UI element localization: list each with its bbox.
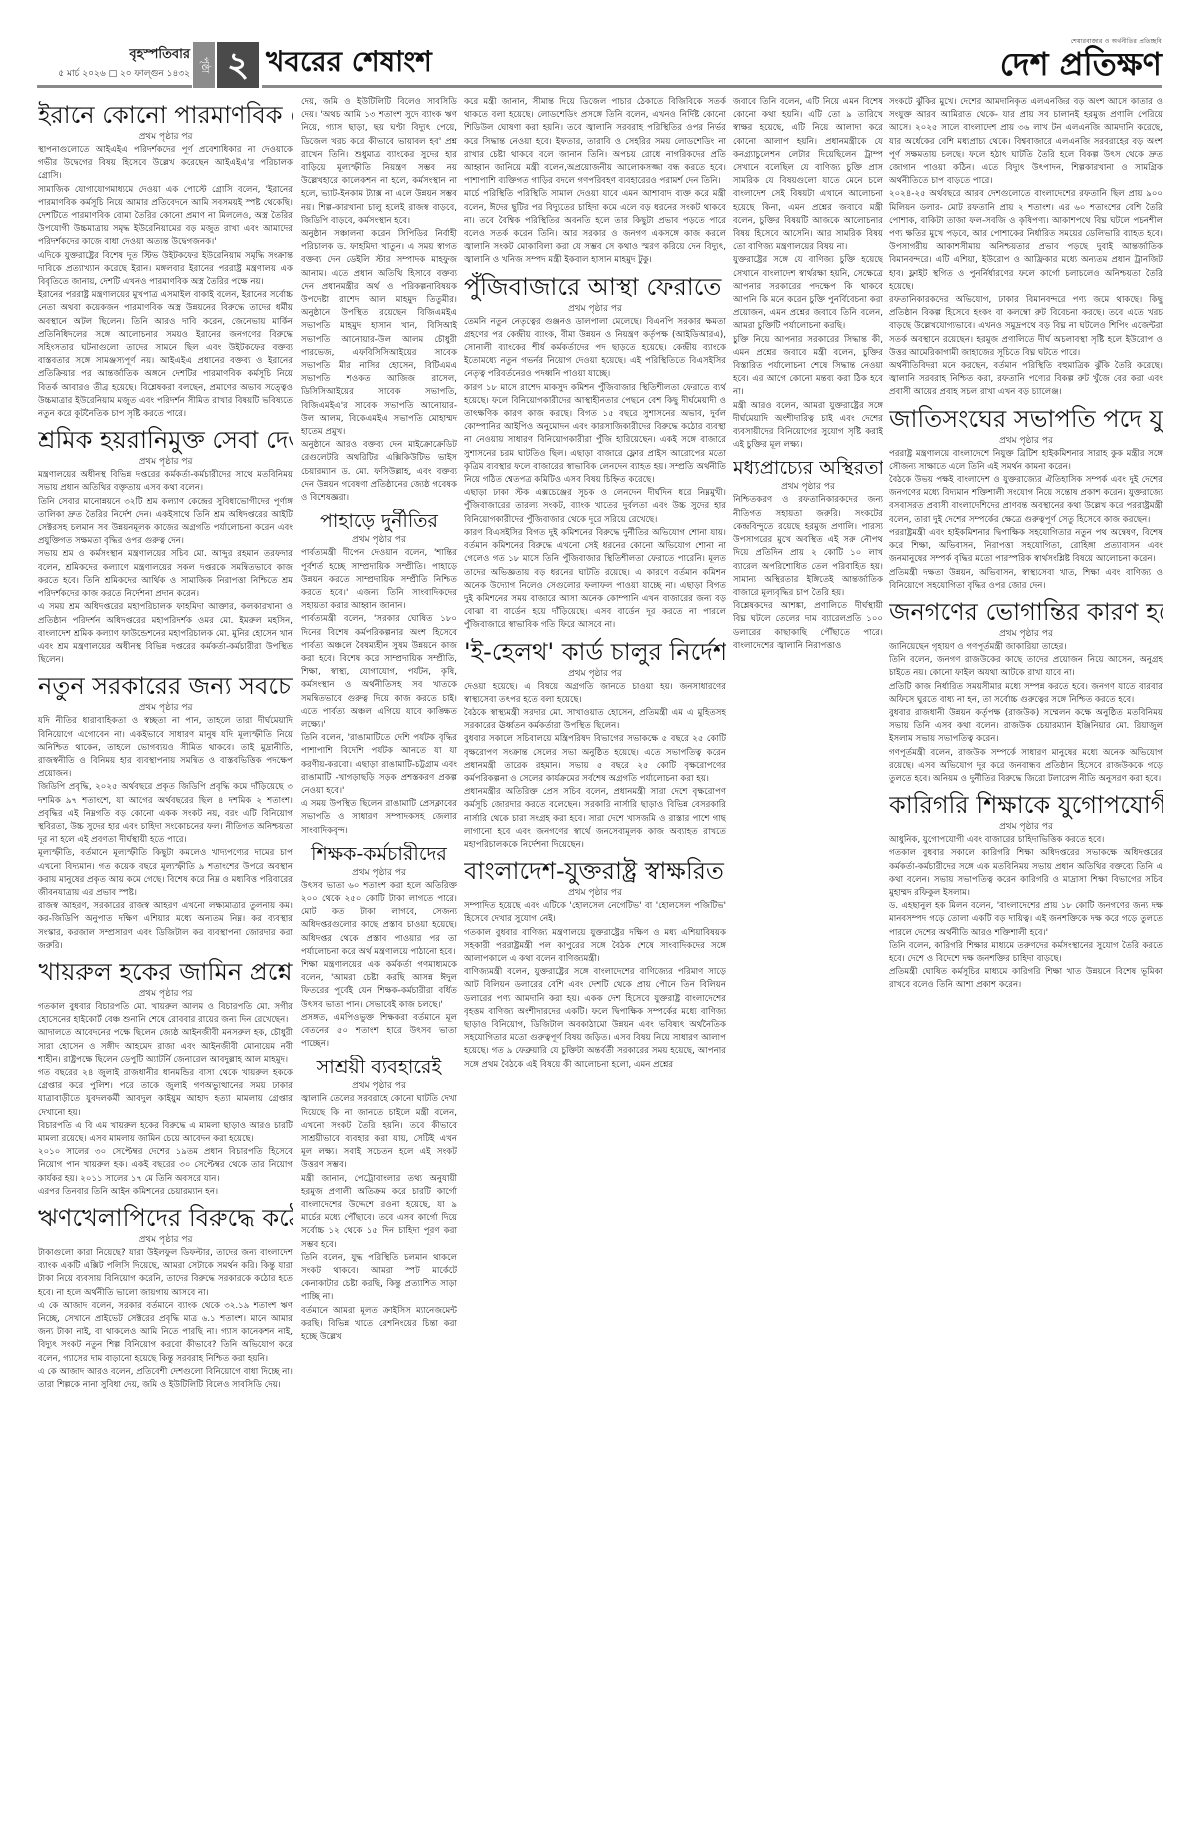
article-paragraph: এছাড়া ঢাকা স্টক এক্সচেঞ্জের সূচক ও লেনদ…	[464, 487, 726, 527]
article-body: দেয়, জমি ও ইউটিলিটি বিলেও সাবসিডি দেয়।…	[301, 96, 457, 505]
article: দেয়, জমি ও ইউটিলিটি বিলেও সাবসিডি দেয়।…	[301, 96, 457, 505]
continued-from-label: প্রথম পৃষ্ঠার পর	[464, 887, 726, 899]
continued-from-label: প্রথম পৃষ্ঠার পর	[301, 1080, 457, 1092]
article-paragraph: পররাষ্ট্রমন্ত্রী এবং হাইকমিশনার দ্বিপাক্…	[889, 527, 1163, 567]
article-headline[interactable]: জনগণের ভোগান্তির কারণ হলে ছাড়	[889, 597, 1163, 627]
article-paragraph: এরপর তিনবার তিনি আইন কমিশনের চেয়ারম্যান…	[38, 1186, 293, 1199]
article-paragraph: চুক্তি নিয়ে আপনার সরকারের সিদ্ধান্ত কী,…	[733, 334, 883, 400]
article-paragraph: অনুষ্ঠানে আরও বক্তব্য দেন মাইক্রোক্রেডিট…	[301, 439, 457, 505]
article: পাহাড়ে দুর্নীতিরপ্রথম পৃষ্ঠার পরপার্বত্…	[301, 509, 457, 837]
article-paragraph: আধুনিক, যুগোপযোগী এবং বাজারের চাহিদাভিত্…	[889, 834, 1163, 847]
article-body: তেমনি নতুন নেতৃত্বের গুঞ্জনও ডালপালা মেল…	[464, 316, 726, 633]
article-paragraph: টাকাগুলো কারা নিয়েছে? যারা উইলফুল ডিফল্…	[38, 1247, 293, 1300]
article-paragraph: প্রতিটি কাজ নির্ধারিত সময়সীমার মধ্যে সম…	[889, 681, 1163, 707]
article-paragraph: রাজস্ব আহরণ, সরকারের রাজস্ব আহরণ এখনো লক…	[38, 900, 293, 953]
article-headline[interactable]: ইরানে কোনো পারমাণবিক বোমার প্রমাণ	[38, 100, 293, 130]
article: জাতিসংঘের সভাপতি পদে যুক্তরাজ্যেরপ্রথম প…	[889, 404, 1163, 593]
article-paragraph: এ কে আজাদ আরও বলেন, প্রতিবেশী দেশগুলো বি…	[38, 1366, 293, 1392]
article-paragraph: অনুষ্ঠান সঞ্চালনা করেন সিপিডির নির্বাহী …	[301, 228, 457, 439]
continued-from-label: প্রথম পৃষ্ঠার পর	[38, 1234, 293, 1246]
continued-from-label: প্রথম পৃষ্ঠার পর	[38, 988, 293, 1000]
article-body: যদি নীতির ধারাবাহিকতা ও স্বচ্ছতা না পান,…	[38, 715, 293, 953]
page-number: ২	[217, 42, 259, 88]
article: খায়রুল হকের জামিন প্রশ্নেপ্রথম পৃষ্ঠার …	[38, 957, 293, 1199]
article-paragraph: গতকাল বুধবার বাণিজ্য মন্ত্রণালয়ে যুক্তর…	[464, 927, 726, 967]
article: পুঁজিবাজারে আস্থা ফেরাতে বিএসইসিপ্রথম পৃ…	[464, 272, 726, 633]
article: ঋণখেলাপিদের বিরুদ্ধে কঠোর না হলেপ্রথম পৃ…	[38, 1203, 293, 1392]
article-headline[interactable]: সাশ্রয়ী ব্যবহারেই	[301, 1055, 457, 1079]
article-paragraph: কারণ বিএসইসির বিগত দুই কমিশনের বিরুদ্ধে …	[464, 527, 726, 633]
article-paragraph: পার্বত্যমন্ত্রী বলেন, 'সরকার ঘোষিত ১৮০ দ…	[301, 613, 457, 732]
article-headline[interactable]: খায়রুল হকের জামিন প্রশ্নে	[38, 957, 293, 987]
continued-from-label: প্রথম পৃষ্ঠার পর	[38, 702, 293, 714]
continued-from-label: প্রথম পৃষ্ঠার পর	[301, 534, 457, 546]
article-paragraph: যদি নীতির ধারাবাহিকতা ও স্বচ্ছতা না পান,…	[38, 715, 293, 781]
article: সংকটে ঝুঁকির মুখে। দেশের আমদানিকৃত এলএনজ…	[889, 96, 1163, 400]
column-1: ইরানে কোনো পারমাণবিক বোমার প্রমাণপ্রথম প…	[38, 96, 293, 1841]
article: ইরানে কোনো পারমাণবিক বোমার প্রমাণপ্রথম প…	[38, 100, 293, 421]
article-paragraph: সংকটে ঝুঁকির মুখে। দেশের আমদানিকৃত এলএনজ…	[889, 96, 1163, 188]
article-paragraph: তেমনি নতুন নেতৃত্বের গুঞ্জনও ডালপালা মেল…	[464, 316, 726, 382]
article-paragraph: রফতানিকারকদের অভিযোগ, ঢাকার বিমানবন্দরে …	[889, 294, 1163, 360]
article-headline[interactable]: পাহাড়ে দুর্নীতির	[301, 509, 457, 533]
article-headline[interactable]: মধ্যপ্রাচ্যের অস্থিরতায়	[733, 456, 883, 480]
article: করে মন্ত্রী জানান, সীমান্ত দিয়ে ডিজেল প…	[464, 96, 726, 268]
article-body: জ্বালানি তেলের সরবরাহে কোনো ঘাটতি দেখা দ…	[301, 1093, 457, 1344]
article-paragraph: মন্ত্রী আরও বলেন, আমরা যুক্তরাষ্ট্রের সঙ…	[733, 400, 883, 453]
masthead-rule-right	[262, 85, 1162, 88]
article-body: সংকটে ঝুঁকির মুখে। দেশের আমদানিকৃত এলএনজ…	[889, 96, 1163, 400]
article-body: দেওয়া হয়েছে। এ বিষয়ে অগ্রগতি জানতে চা…	[464, 681, 726, 853]
continued-from-label: প্রথম পৃষ্ঠার পর	[301, 867, 457, 879]
article-paragraph: মূল্যস্ফীতি, বর্তমানে মূল্যস্ফীতি কিছুটা…	[38, 847, 293, 900]
article: জনগণের ভোগান্তির কারণ হলে ছাড়প্রথম পৃষ্…	[889, 597, 1163, 786]
article-paragraph: করে মন্ত্রী জানান, সীমান্ত দিয়ে ডিজেল প…	[464, 96, 726, 188]
article-paragraph: তিনি বলেন, জনগণ রাজউকের কাছে তাদের প্রয়…	[889, 654, 1163, 680]
continued-from-label: প্রথম পৃষ্ঠার পর	[464, 303, 726, 315]
article-paragraph: সামাজিক যোগাযোগমাধ্যমে দেওয়া এক পোস্টে …	[38, 184, 293, 250]
article-body: নিশ্চিতকরণ ও রফতানিকারকদের জন্য নীতিগত স…	[733, 494, 883, 652]
article: মধ্যপ্রাচ্যের অস্থিরতায়প্রথম পৃষ্ঠার পর…	[733, 456, 883, 652]
article-paragraph: সভায় শ্রম ও কর্মসংস্থান মন্ত্রণালয়ের স…	[38, 548, 293, 601]
article-headline[interactable]: নতুন সরকারের জন্য সবচেয়ে বড়	[38, 671, 293, 701]
article-paragraph: কারণ ১৮ মাসে রাশেদ মাকসুদ কমিশন পুঁজিবাজ…	[464, 382, 726, 488]
column-2: দেয়, জমি ও ইউটিলিটি বিলেও সাবসিডি দেয়।…	[301, 96, 457, 1841]
brand-name: দেশ প্রতিক্ষণ	[1000, 47, 1162, 81]
article-paragraph: গণপূর্তমন্ত্রী বলেন, রাজউক সম্পর্কে সাধা…	[889, 747, 1163, 787]
article-body: জবাবে তিনি বলেন, এটি নিয়ে এমন বিশেষ কোন…	[733, 96, 883, 452]
article-headline[interactable]: বাংলাদেশ-যুক্তরাষ্ট্র স্বাক্ষরিত বাণিজ্য	[464, 856, 726, 886]
column-3: করে মন্ত্রী জানান, সীমান্ত দিয়ে ডিজেল প…	[464, 96, 726, 1841]
article: শিক্ষক-কর্মচারীদেরপ্রথম পৃষ্ঠার পরউৎসব ভ…	[301, 842, 457, 1052]
article-paragraph: জ্বালানি তেলের সরবরাহে কোনো ঘাটতি দেখা দ…	[301, 1093, 457, 1172]
article-body: জানিয়েছেন গৃহায়ণ ও গণপূর্তমন্ত্রী জাকা…	[889, 641, 1163, 786]
article-body: টাকাগুলো কারা নিয়েছে? যারা উইলফুল ডিফল্…	[38, 1247, 293, 1392]
article: নতুন সরকারের জন্য সবচেয়ে বড়প্রথম পৃষ্ঠ…	[38, 671, 293, 953]
article-paragraph: জবাবে তিনি বলেন, এটি নিয়ে এমন বিশেষ কোন…	[733, 96, 883, 254]
article-paragraph: ড. এহছানুল হক মিলন বলেন, 'বাংলাদেশের প্র…	[889, 900, 1163, 940]
page-tag: পৃষ্ঠা	[193, 42, 215, 88]
continued-from-label: প্রথম পৃষ্ঠার পর	[464, 668, 726, 680]
article-paragraph: তিনি বলেন, কারিগরি শিক্ষার মাধ্যমে তরুণদ…	[889, 940, 1163, 966]
article-paragraph: বিশ্লেষকদের আশঙ্কা, প্রণালিতে দীর্ঘস্থায…	[733, 600, 883, 653]
continued-from-label: প্রথম পৃষ্ঠার পর	[889, 628, 1163, 640]
article: কারিগরি শিক্ষাকে যুগোপযোগীপ্রথম পৃষ্ঠার …	[889, 790, 1163, 992]
article-headline[interactable]: কারিগরি শিক্ষাকে যুগোপযোগী	[889, 790, 1163, 820]
article-body: মন্ত্রণালয়ের অধীনস্থ বিভিন্ন দপ্তরের কর…	[38, 469, 293, 667]
article-paragraph: ইরানের পররাষ্ট্র মন্ত্রণালয়ের মুখপাত্র …	[38, 289, 293, 421]
article-body: পার্বত্যমন্ত্রী দীপেন দেওয়ান বলেন, 'শান…	[301, 547, 457, 837]
article-paragraph: যুক্তরাষ্ট্রের সঙ্গে যে বাণিজ্য চুক্তি হ…	[733, 254, 883, 333]
article-paragraph: গতকাল বুধবার বিচারপতি মো. খায়রুল আলম ও …	[38, 1001, 293, 1027]
article-paragraph: গত বছরের ২৪ জুলাই রাজধানীর ধানমন্ডির বাস…	[38, 1067, 293, 1120]
article-paragraph: গতকাল বুধবার সকালে কারিগরি শিক্ষা অধিদপ্…	[889, 847, 1163, 900]
article: সাশ্রয়ী ব্যবহারেইপ্রথম পৃষ্ঠার পরজ্বালা…	[301, 1055, 457, 1344]
article-paragraph: বৈঠকে উভয় পক্ষই বাংলাদেশ ও যুক্তরাজ্যের…	[889, 474, 1163, 527]
section-title: খবরের শেষাংশ	[266, 40, 432, 87]
article-paragraph: পররাষ্ট্র মন্ত্রণালয়ে বাংলাদেশে নিযুক্ত…	[889, 448, 1163, 474]
continued-from-label: প্রথম পৃষ্ঠার পর	[38, 131, 293, 143]
article-body: স্থাপনাগুলোতে আইএইএ পরিদর্শকদের পূর্ণ প্…	[38, 144, 293, 421]
article-headline[interactable]: শ্রমিক হয়রানিমুক্ত সেবা দেওয়ার আহ্বান	[38, 425, 293, 455]
article-paragraph: দেয়, জমি ও ইউটিলিটি বিলেও সাবসিডি দেয়।…	[301, 96, 457, 228]
article-paragraph: এ সময় শ্রম অধিদপ্তরের মহাপরিচালক ফাহমিদ…	[38, 601, 293, 667]
article-paragraph: স্থাপনাগুলোতে আইএইএ পরিদর্শকদের পূর্ণ প্…	[38, 144, 293, 184]
masthead-date: ৫ মার্চ ২০২৬ □ ২০ ফাল্গুন ১৪৩২	[40, 66, 190, 81]
article-paragraph: প্রতিমন্ত্রী ঘোষিত কর্মসূচির মাধ্যমে কার…	[889, 966, 1163, 992]
article-headline[interactable]: শিক্ষক-কর্মচারীদের	[301, 842, 457, 866]
article-paragraph: দেওয়া হয়েছে। এ বিষয়ে অগ্রগতি জানতে চা…	[464, 681, 726, 707]
article-body: উৎসব ভাতা ৬০ শতাংশ করা হলে অতিরিক্ত ২০০ …	[301, 880, 457, 1052]
article-paragraph: তিনি বলেন, 'রাঙামাটিতে দেশি পর্যটক বৃদ্ধ…	[301, 732, 457, 798]
article-headline[interactable]: জাতিসংঘের সভাপতি পদে যুক্তরাজ্যের	[889, 404, 1163, 434]
article-paragraph: উৎসব ভাতা ৬০ শতাংশ করা হলে অতিরিক্ত ২০০ …	[301, 880, 457, 959]
article-headline[interactable]: পুঁজিবাজারে আস্থা ফেরাতে বিএসইসি	[464, 272, 726, 302]
article-paragraph: প্রধানমন্ত্রীর অতিরিক্ত প্রেস সচিব বলেন,…	[464, 786, 726, 852]
masthead-day: বৃহস্পতিবার	[80, 45, 190, 66]
article-paragraph: অর্থনীতিবিদরা মনে করছেন, বর্তমান পরিস্থি…	[889, 360, 1163, 400]
article: বাংলাদেশ-যুক্তরাষ্ট্র স্বাক্ষরিত বাণিজ্য…	[464, 856, 726, 1072]
article-paragraph: ২০১০ সালের ৩০ সেপ্টেম্বর দেশের ১৯তম প্রধ…	[38, 1146, 293, 1186]
article-paragraph: ২০২৪-২৫ অর্থবছরে আরব দেশগুলোতে বাংলাদেশে…	[889, 188, 1163, 294]
continued-from-label: প্রথম পৃষ্ঠার পর	[889, 435, 1163, 447]
article-headline[interactable]: ঋণখেলাপিদের বিরুদ্ধে কঠোর না হলে	[38, 1203, 293, 1233]
article-headline[interactable]: 'ই-হেলথ' কার্ড চালুর নির্দেশ প্রধানমন্ত্…	[464, 637, 726, 667]
article-paragraph: নিশ্চিতকরণ ও রফতানিকারকদের জন্য নীতিগত স…	[733, 494, 883, 600]
article-paragraph: বৈঠকে স্বাস্থ্যমন্ত্রী সরদার মো. সাখাওয়…	[464, 707, 726, 733]
article-paragraph: প্রসঙ্গত, এমপিওভুক্ত শিক্ষকরা বর্তমানে ম…	[301, 1012, 457, 1052]
article-paragraph: জানিয়েছেন গৃহায়ণ ও গণপূর্তমন্ত্রী জাকা…	[889, 641, 1163, 654]
article-paragraph: আদালতে আবেদনের পক্ষে ছিলেন জ্যেষ্ঠ আইনজী…	[38, 1027, 293, 1067]
masthead-rule-left	[37, 85, 192, 88]
article-paragraph: এ সময় উপস্থিত ছিলেন রাঙামাটি প্রেসক্লাব…	[301, 798, 457, 838]
article-body: গতকাল বুধবার বিচারপতি মো. খায়রুল আলম ও …	[38, 1001, 293, 1199]
article-paragraph: তিনি বলেন, যুদ্ধ পরিস্থিতি চলমান থাকলে স…	[301, 1252, 457, 1305]
article-paragraph: এ কে আজাদ বলেন, সরকার বর্তমানে ব্যাংক থে…	[38, 1300, 293, 1366]
article-paragraph: বুধবার সকালে সচিবালয়ে মন্ত্রিপরিষদ বিভা…	[464, 733, 726, 786]
article-paragraph: বর্তমানে আমরা মূলত ক্রাইসিস ম্যানেজমেন্ট…	[301, 1305, 457, 1345]
newspaper-logo: শেয়ারবাজার ও অর্থনীতির প্রতিচ্ছবি দেশ প…	[1000, 36, 1162, 81]
column-4: জবাবে তিনি বলেন, এটি নিয়ে এমন বিশেষ কোন…	[733, 96, 883, 1841]
article-paragraph: জিডিপি প্রবৃদ্ধি, ২০২৫ অর্থবছরে প্রকৃত জ…	[38, 781, 293, 847]
article-paragraph: শিক্ষা মন্ত্রণালয়ের এক কর্মকর্তা গণমাধ্…	[301, 959, 457, 1012]
article-paragraph: মার্চে পরিস্থিতি পরিস্থিতি সামাল দেওয়া …	[464, 188, 726, 267]
article-paragraph: তিনি সেবার মানোন্নয়নে ৩২টি শ্রম কল্যাণ …	[38, 496, 293, 549]
article-paragraph: সম্পাদিত হয়েছে এবং এটিকে 'হোলসেল নেগেটি…	[464, 900, 726, 926]
article-paragraph: বিচারপতি এ বি এম খায়রুল হকের বিরুদ্ধে এ…	[38, 1120, 293, 1146]
article-body: পররাষ্ট্র মন্ত্রণালয়ে বাংলাদেশে নিযুক্ত…	[889, 448, 1163, 593]
article-paragraph: প্রতিমন্ত্রী দক্ষতা উন্নয়ন, অভিবাসন, স্…	[889, 567, 1163, 593]
article-body: আধুনিক, যুগোপযোগী এবং বাজারের চাহিদাভিত্…	[889, 834, 1163, 992]
article-paragraph: বাণিজ্যমন্ত্রী বলেন, যুক্তরাষ্ট্রের সঙ্গ…	[464, 966, 726, 1072]
page-masthead: বৃহস্পতিবার ৫ মার্চ ২০২৬ □ ২০ ফাল্গুন ১৪…	[0, 0, 1200, 100]
article-paragraph: মন্ত্রী জানান, পেট্রোবাংলার তথ্য অনুযায়…	[301, 1173, 457, 1252]
article-paragraph: এদিকে যুক্তরাষ্ট্রের বিশেষ দূত স্টিভ উইট…	[38, 250, 293, 290]
article-body: সম্পাদিত হয়েছে এবং এটিকে 'হোলসেল নেগেটি…	[464, 900, 726, 1072]
article-paragraph: মন্ত্রণালয়ের অধীনস্থ বিভিন্ন দপ্তরের কর…	[38, 469, 293, 495]
column-5: সংকটে ঝুঁকির মুখে। দেশের আমদানিকৃত এলএনজ…	[889, 96, 1163, 1841]
continued-from-label: প্রথম পৃষ্ঠার পর	[733, 481, 883, 493]
continued-from-label: প্রথম পৃষ্ঠার পর	[38, 456, 293, 468]
article: 'ই-হেলথ' কার্ড চালুর নির্দেশ প্রধানমন্ত্…	[464, 637, 726, 853]
article-paragraph: বুধবার রাজধানী উন্নয়ন কর্তৃপক্ষ (রাজউক)…	[889, 707, 1163, 747]
article-paragraph: পার্বত্যমন্ত্রী দীপেন দেওয়ান বলেন, 'শান…	[301, 547, 457, 613]
article: জবাবে তিনি বলেন, এটি নিয়ে এমন বিশেষ কোন…	[733, 96, 883, 452]
continued-from-label: প্রথম পৃষ্ঠার পর	[889, 821, 1163, 833]
article: শ্রমিক হয়রানিমুক্ত সেবা দেওয়ার আহ্বানপ…	[38, 425, 293, 667]
article-body: করে মন্ত্রী জানান, সীমান্ত দিয়ে ডিজেল প…	[464, 96, 726, 268]
